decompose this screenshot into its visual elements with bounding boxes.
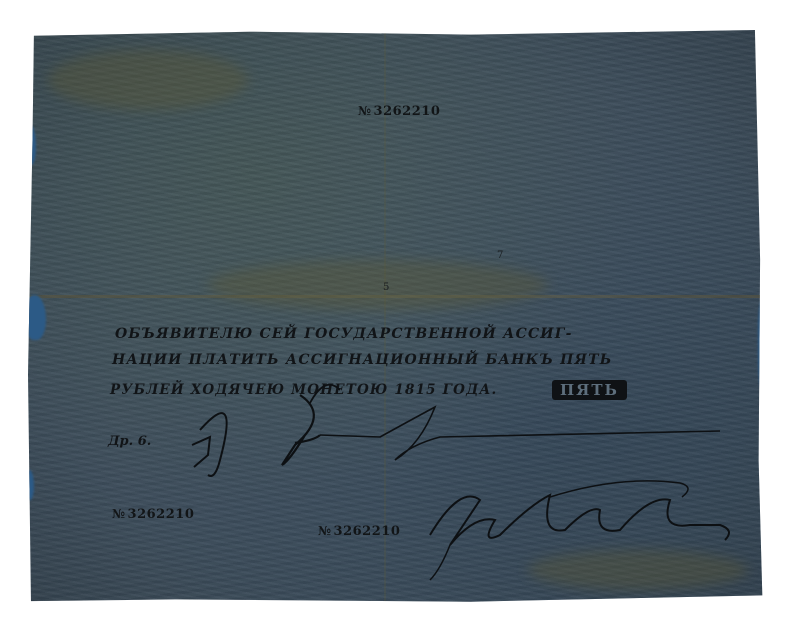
text-line-1: Объявителю сей государственной ассиг-	[115, 326, 573, 342]
stain	[208, 260, 548, 310]
text-line-2: нации платить ассигнационный банкъ пять	[112, 352, 612, 368]
paper-tear	[26, 125, 36, 165]
paper-tear	[26, 470, 34, 500]
stain	[48, 50, 248, 110]
serial-number-bottom-center: №3262210	[318, 524, 400, 539]
serial-number-top: №3262210	[358, 104, 440, 119]
margin-mark: 7	[497, 250, 503, 261]
director-label: Др. 6.	[108, 434, 151, 449]
margin-mark: 5	[383, 282, 389, 293]
serial-number-bottom-left: №3262210	[112, 507, 194, 522]
signature-lower	[420, 475, 750, 585]
paper-tear	[26, 295, 46, 340]
paper-tear	[758, 300, 768, 390]
